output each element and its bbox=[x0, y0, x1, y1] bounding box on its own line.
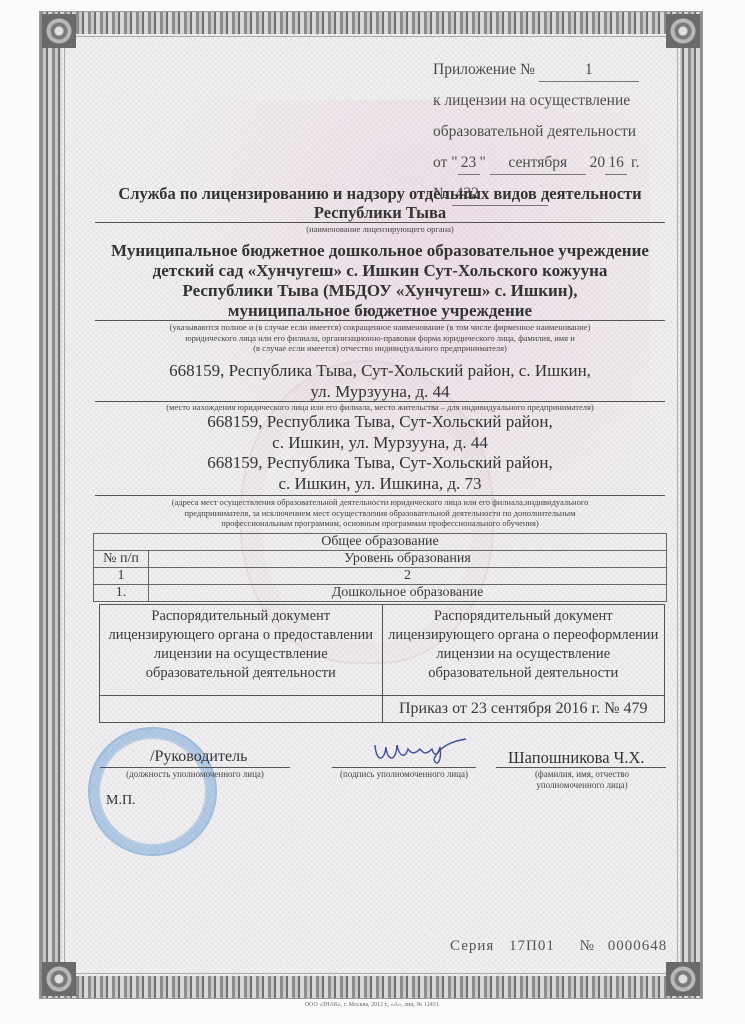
licensee-line: детский сад «Хунчугеш» с. Ишкин Сут-Холь… bbox=[95, 261, 665, 281]
position-hint: (должность уполномоченного лица) bbox=[120, 769, 270, 780]
hint-line: (указываются полное и (в случае если име… bbox=[95, 322, 665, 333]
signature-hint: (подпись уполномоченного лица) bbox=[338, 769, 470, 780]
appendix-line3: образовательной деятельности bbox=[433, 120, 673, 143]
date-day-suffix: " bbox=[480, 154, 486, 171]
table-section-title: Общее образование bbox=[94, 534, 667, 551]
signatory-position: /Руководитель bbox=[150, 748, 247, 766]
date-day: 23 bbox=[458, 151, 480, 175]
date-month: сентября bbox=[490, 151, 586, 175]
divider bbox=[95, 495, 665, 496]
address-line: ул. Мурзууна, д. 44 bbox=[95, 382, 665, 403]
table-header: № п/п bbox=[94, 551, 149, 568]
divider bbox=[95, 222, 665, 223]
handwritten-signature-icon bbox=[370, 735, 470, 771]
printer-imprint: ООО «ЗНАК», г. Москва, 2012 г., «А», лиц… bbox=[0, 1002, 745, 1008]
date-prefix: от " bbox=[433, 154, 458, 171]
appendix-number: 1 bbox=[539, 58, 639, 82]
hint-line: (в случае если имеется) отчество индивид… bbox=[95, 343, 665, 354]
address-line: 668159, Республика Тыва, Сут-Хольский ра… bbox=[95, 361, 665, 382]
hint-line: юридического лица или его филиала, орган… bbox=[95, 333, 665, 344]
table-header: Распорядительный документ лицензирующего… bbox=[382, 605, 665, 696]
hint-line: (адреса мест осуществления образовательн… bbox=[95, 497, 665, 508]
signatory-name: Шапошникова Ч.Х. bbox=[508, 748, 645, 768]
address-line: с. Ишкин, ул. Ишкина, д. 73 bbox=[95, 474, 665, 495]
series-number: 0000648 bbox=[608, 938, 668, 954]
hint-line: предпринимателя, за исключением мест осу… bbox=[95, 508, 665, 519]
table-header: Распорядительный документ лицензирующего… bbox=[100, 605, 383, 696]
administrative-documents-table: Распорядительный документ лицензирующего… bbox=[99, 604, 665, 723]
form-series: Серия 17П01 № 0000648 bbox=[450, 938, 667, 955]
appendix-label: Приложение № bbox=[433, 61, 535, 78]
column-number: 1 bbox=[94, 568, 149, 585]
seal-label: М.П. bbox=[106, 793, 136, 809]
date-year-prefix: 20 bbox=[590, 154, 606, 171]
authority-hint: (наименование лицензирующего органа) bbox=[95, 224, 665, 235]
table-cell bbox=[100, 696, 383, 723]
address-line: 668159, Республика Тыва, Сут-Хольский ра… bbox=[95, 453, 665, 474]
series-value: 17П01 bbox=[509, 938, 555, 954]
licensee-name: Муниципальное бюджетное дошкольное образ… bbox=[95, 241, 665, 321]
table-cell: Приказ от 23 сентября 2016 г. № 479 bbox=[382, 696, 665, 723]
table-row: 1. Дошкольное образование bbox=[94, 585, 667, 602]
appendix-line2: к лицензии на осуществление bbox=[433, 89, 673, 112]
divider bbox=[496, 767, 666, 768]
authority-line1: Служба по лицензированию и надзору отдел… bbox=[95, 184, 665, 203]
authority-line2: Республики Тыва bbox=[95, 203, 665, 222]
series-label: Серия bbox=[450, 938, 494, 954]
series-no-label: № bbox=[580, 938, 595, 954]
divider bbox=[95, 320, 665, 321]
table-header: Уровень образования bbox=[149, 551, 667, 568]
activity-addresses: 668159, Республика Тыва, Сут-Хольский ра… bbox=[95, 412, 665, 494]
table-row: Приказ от 23 сентября 2016 г. № 479 bbox=[100, 696, 665, 723]
legal-address-hint: (место нахождения юридического лица или … bbox=[95, 402, 665, 413]
licensee-line: Муниципальное бюджетное дошкольное образ… bbox=[95, 241, 665, 261]
licensing-authority: Служба по лицензированию и надзору отдел… bbox=[95, 184, 665, 222]
hint-line: профессиональным программам, основным пр… bbox=[95, 518, 665, 529]
column-number: 2 bbox=[149, 568, 667, 585]
name-hint: (фамилия, имя, отчество уполномоченного … bbox=[516, 769, 648, 791]
education-levels-table: Общее образование № п/п Уровень образова… bbox=[93, 533, 667, 602]
activity-addresses-hint: (адреса мест осуществления образовательн… bbox=[95, 497, 665, 529]
table-cell: 1. bbox=[94, 585, 149, 602]
appendix-block: Приложение № 1 к лицензии на осуществлен… bbox=[433, 58, 673, 205]
licensee-line: муниципальное бюджетное учреждение bbox=[95, 301, 665, 321]
divider bbox=[100, 767, 290, 768]
table-cell: Дошкольное образование bbox=[149, 585, 667, 602]
licensee-line: Республики Тыва (МБДОУ «Хунчугеш» с. Ишк… bbox=[95, 281, 665, 301]
address-line: 668159, Республика Тыва, Сут-Хольский ра… bbox=[95, 412, 665, 433]
date-year: 16 bbox=[605, 151, 627, 175]
divider bbox=[332, 767, 476, 768]
address-line: с. Ишкин, ул. Мурзууна, д. 44 bbox=[95, 433, 665, 454]
date-year-unit: г. bbox=[631, 154, 639, 171]
licensee-hint: (указываются полное и (в случае если име… bbox=[95, 322, 665, 354]
legal-address: 668159, Республика Тыва, Сут-Хольский ра… bbox=[95, 361, 665, 402]
